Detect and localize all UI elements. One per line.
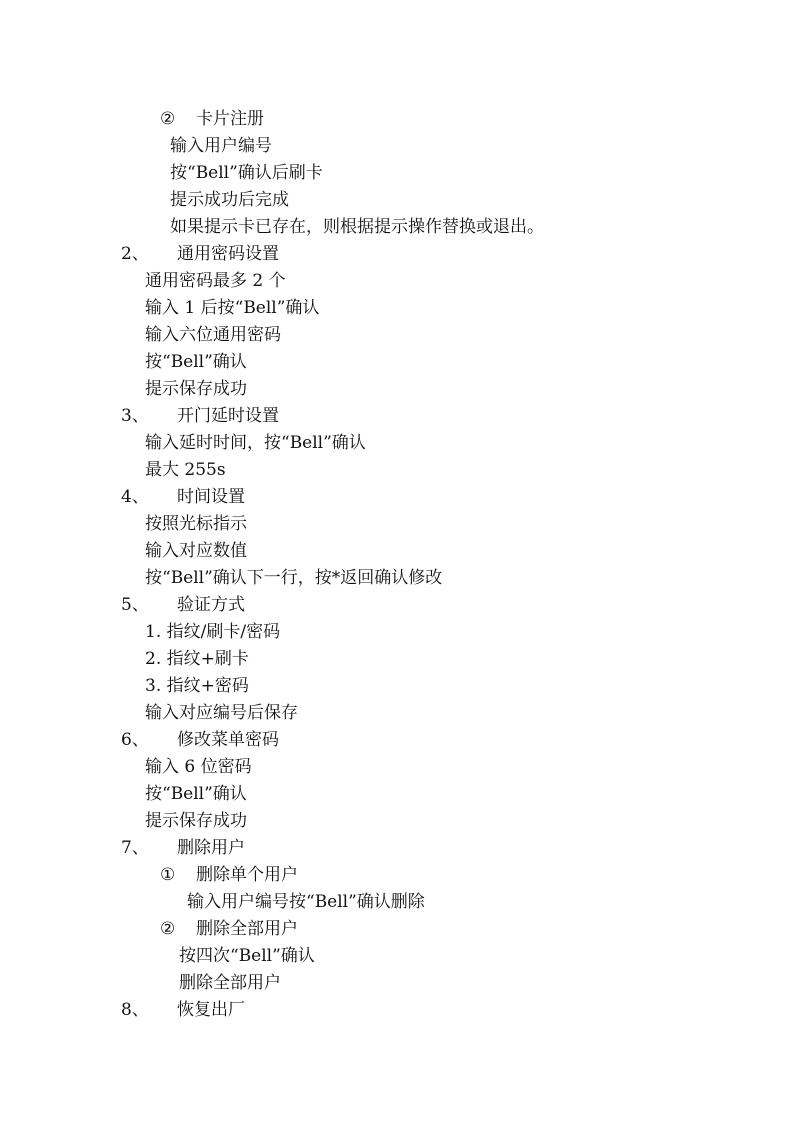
text-line: 按“Bell”确认 [145, 783, 247, 805]
section-number: 7、 [121, 837, 177, 859]
line-text: 时间设置 [177, 487, 245, 507]
text-line: 按“Bell”确认下一行，按*返回确认修改 [145, 567, 442, 589]
subsection-heading: ②卡片注册 [160, 108, 264, 130]
section-heading: 2、通用密码设置 [121, 243, 279, 265]
line-text: 3. 指纹+密码 [145, 676, 249, 696]
subsection-heading: ②删除全部用户 [160, 918, 298, 940]
line-text: 通用密码设置 [177, 244, 279, 264]
line-text: 删除用户 [177, 838, 245, 858]
line-text: 删除全部用户 [179, 973, 281, 993]
section-number: 4、 [121, 486, 177, 508]
line-text: 1. 指纹/刷卡/密码 [145, 622, 280, 642]
line-text: 验证方式 [177, 595, 245, 615]
text-line: 输入对应数值 [145, 540, 247, 562]
line-text: 2. 指纹+刷卡 [145, 649, 249, 669]
text-line: 提示保存成功 [145, 378, 247, 400]
section-heading: 8、恢复出厂 [121, 999, 245, 1021]
text-line: 输入用户编号 [170, 135, 272, 157]
line-text: 如果提示卡已存在，则根据提示操作替换或退出。 [170, 217, 544, 237]
section-heading: 6、修改菜单密码 [121, 729, 279, 751]
section-heading: 3、开门延时设置 [121, 405, 279, 427]
line-text: 输入用户编号按“Bell”确认删除 [187, 892, 425, 912]
text-line: 提示保存成功 [145, 810, 247, 832]
text-line: 最大 255s [145, 459, 226, 481]
text-line: 1. 指纹/刷卡/密码 [145, 621, 280, 643]
section-number: 8、 [121, 999, 177, 1021]
section-number: 6、 [121, 729, 177, 751]
text-line: 输入延时时间，按“Bell”确认 [145, 432, 366, 454]
line-text: 输入六位通用密码 [145, 325, 281, 345]
line-text: 按“Bell”确认下一行，按*返回确认修改 [145, 568, 442, 588]
section-number: 2、 [121, 243, 177, 265]
section-number: 5、 [121, 594, 177, 616]
line-text: 通用密码最多 2 个 [145, 271, 286, 291]
line-text: 删除单个用户 [196, 865, 298, 885]
text-line: 按“Bell”确认 [145, 351, 247, 373]
text-line: 按照光标指示 [145, 513, 247, 535]
line-text: 提示保存成功 [145, 811, 247, 831]
line-text: 修改菜单密码 [177, 730, 279, 750]
text-line: 3. 指纹+密码 [145, 675, 249, 697]
line-text: 输入对应编号后保存 [145, 703, 298, 723]
line-text: 卡片注册 [196, 109, 264, 129]
section-number: 3、 [121, 405, 177, 427]
line-text: 按“Bell”确认 [145, 352, 247, 372]
circled-number: ① [160, 864, 196, 886]
line-text: 按四次“Bell”确认 [179, 946, 315, 966]
text-line: 输入 1 后按“Bell”确认 [145, 297, 319, 319]
text-line: 提示成功后完成 [170, 189, 289, 211]
line-text: 删除全部用户 [196, 919, 298, 939]
text-line: 2. 指纹+刷卡 [145, 648, 249, 670]
section-heading: 5、验证方式 [121, 594, 245, 616]
text-line: 输入对应编号后保存 [145, 702, 298, 724]
text-line: 输入六位通用密码 [145, 324, 281, 346]
line-text: 提示保存成功 [145, 379, 247, 399]
line-text: 输入延时时间，按“Bell”确认 [145, 433, 366, 453]
line-text: 按“Bell”确认 [145, 784, 247, 804]
section-heading: 7、删除用户 [121, 837, 245, 859]
text-line: 输入用户编号按“Bell”确认删除 [187, 891, 425, 913]
text-line: 输入 6 位密码 [145, 756, 252, 778]
text-line: 删除全部用户 [179, 972, 281, 994]
line-text: 输入 6 位密码 [145, 757, 252, 777]
text-line: 按“Bell”确认后刷卡 [170, 162, 323, 184]
circled-number: ② [160, 918, 196, 940]
line-text: 按“Bell”确认后刷卡 [170, 163, 323, 183]
line-text: 开门延时设置 [177, 406, 279, 426]
line-text: 输入对应数值 [145, 541, 247, 561]
text-line: 通用密码最多 2 个 [145, 270, 286, 292]
text-line: 按四次“Bell”确认 [179, 945, 315, 967]
line-text: 按照光标指示 [145, 514, 247, 534]
line-text: 恢复出厂 [177, 1000, 245, 1020]
text-line: 如果提示卡已存在，则根据提示操作替换或退出。 [170, 216, 544, 238]
subsection-heading: ①删除单个用户 [160, 864, 298, 886]
line-text: 最大 255s [145, 460, 226, 480]
line-text: 输入 1 后按“Bell”确认 [145, 298, 319, 318]
line-text: 提示成功后完成 [170, 190, 289, 210]
section-heading: 4、时间设置 [121, 486, 245, 508]
circled-number: ② [160, 108, 196, 130]
line-text: 输入用户编号 [170, 136, 272, 156]
